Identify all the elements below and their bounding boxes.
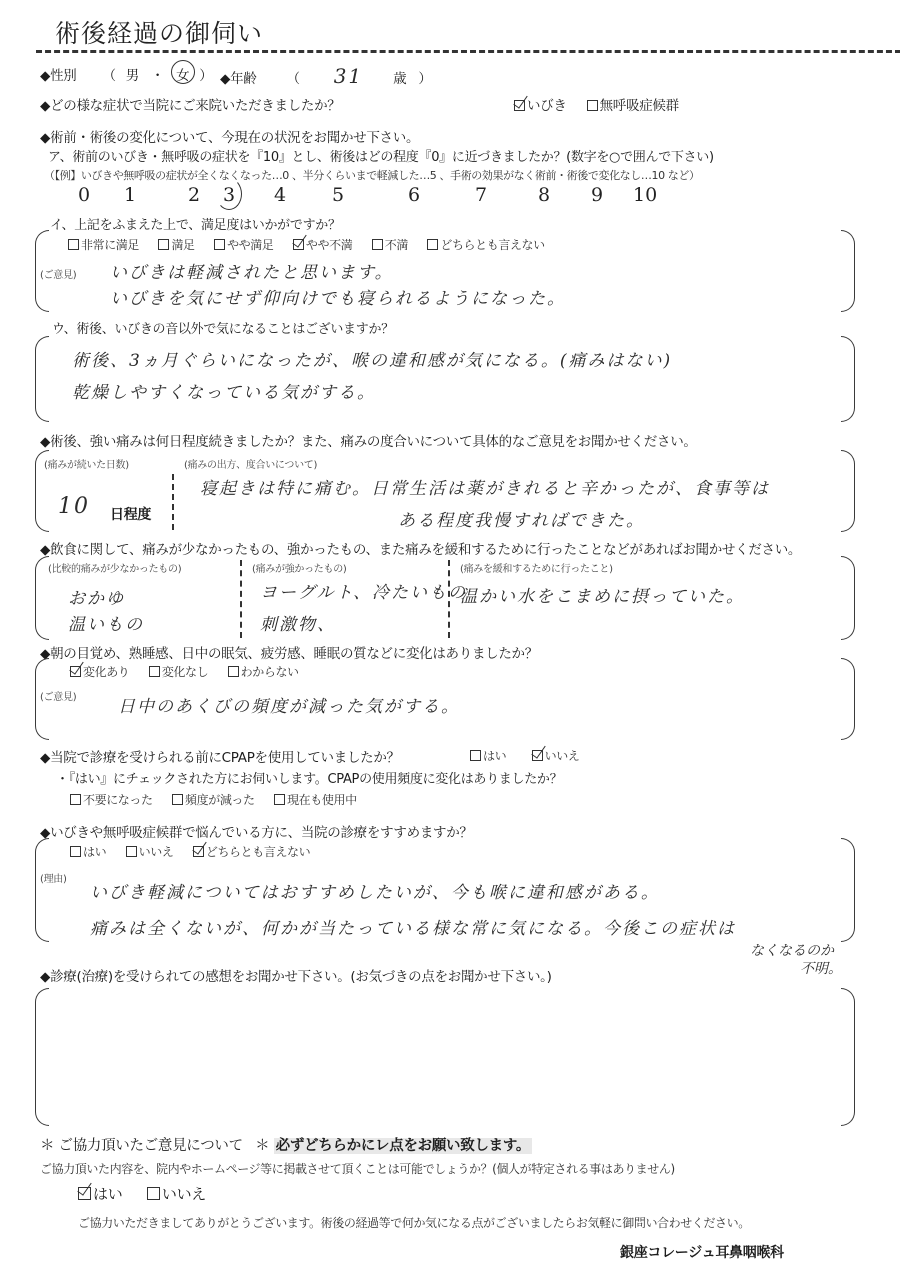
option-label: いいえ (545, 749, 580, 763)
scale-8[interactable]: 8 (538, 184, 550, 206)
scale-7[interactable]: 7 (475, 184, 487, 206)
checkbox-recommend-neither[interactable]: どちらとも言えない (193, 843, 310, 860)
selected-circle (171, 60, 195, 84)
option-label: やや満足 (227, 238, 273, 252)
checkbox-icon (228, 666, 239, 677)
change-heading: ◆術前・術後の変化について、今現在の状況をお聞かせ下さい。 (40, 126, 419, 146)
gender-option-female[interactable]: 女 (176, 64, 189, 84)
scale-2[interactable]: 2 (188, 184, 200, 206)
scale-9[interactable]: 9 (591, 184, 603, 206)
recommend-reason-label: (理由) (40, 870, 67, 885)
impression-question: ◆診療(治療)を受けられての感想をお聞かせ下さい。(お気づきの点をお聞かせ下さい… (40, 965, 552, 985)
satisfaction-comment-line-2[interactable]: いびきを気にせず仰向けでも寝られるようになった。 (110, 284, 566, 309)
diet-less-label: (比較的痛みが少なかったもの) (48, 560, 181, 575)
option-label: はい (483, 749, 506, 763)
age-unit: 歳 (393, 71, 406, 87)
checkbox-icon (158, 239, 169, 250)
recommend-options: はい いいえ どちらとも言えない (70, 843, 326, 860)
checkbox-less-frequent[interactable]: 頻度が減った (172, 791, 255, 808)
diet-divider-1 (240, 560, 242, 638)
checkbox-satisfied[interactable]: 満足 (158, 236, 194, 253)
checkbox-neither[interactable]: どちらとも言えない (427, 236, 544, 253)
other-concerns-line-2[interactable]: 乾燥しやすくなっている気がする。 (72, 378, 376, 403)
checkbox-changed[interactable]: 変化あり (70, 663, 129, 680)
bracket-left (35, 988, 49, 1126)
checkbox-recommend-no[interactable]: いいえ (126, 843, 174, 860)
checkbox-unsatisfied[interactable]: 不満 (372, 236, 408, 253)
option-label: 変化あり (83, 665, 129, 679)
pain-days-unit: 日程度 (110, 504, 151, 524)
checkbox-icon (68, 239, 79, 250)
checkbox-icon (427, 239, 438, 250)
age-value[interactable]: 31 (334, 64, 363, 88)
option-label: はい (83, 845, 106, 859)
consent-heading: ＊ ご協力頂いたご意見について ＊ 必ずどちらかにレ点をお願い致します。 (40, 1134, 532, 1155)
checkbox-no-change[interactable]: 変化なし (149, 663, 208, 680)
option-label: 現在も使用中 (287, 793, 357, 807)
diet-less-line-1[interactable]: おかゆ (68, 584, 125, 609)
diet-relief-label: (痛みを緩和するために行ったこと) (460, 560, 613, 575)
sleep-comment-label: (ご意見) (40, 688, 76, 703)
gender-label: ◆性別 (40, 68, 76, 84)
diet-question: ◆飲食に関して、痛みが少なかったもの、強かったもの、また痛みを緩和するために行っ… (40, 538, 801, 558)
scale-row: 0 1 2 3 4 5 6 7 8 9 10 (78, 184, 678, 210)
option-label: やや不満 (306, 238, 352, 252)
recommend-reason-line-4[interactable]: 不明。 (800, 958, 842, 978)
checkbox-still-using[interactable]: 現在も使用中 (274, 791, 357, 808)
thanks-message: ご協力いただきましてありがとうございます。術後の経過等で何か気になる点がございま… (78, 1214, 750, 1231)
scale-4[interactable]: 4 (274, 184, 286, 206)
bracket-right (841, 336, 855, 422)
checkbox-icon (147, 1187, 160, 1200)
pain-question: ◆術後、強い痛みは何日程度続きましたか？また、痛みの度合いについて具体的なご意見… (40, 430, 697, 450)
bracket-left (35, 336, 49, 422)
other-concerns-question: ウ、術後、いびきの音以外で気になることはございますか？ (52, 318, 394, 337)
checkbox-icon (126, 846, 137, 857)
gender-option-male[interactable]: 男 (126, 68, 139, 84)
checkbox-checked-icon (193, 846, 204, 857)
checkbox-recommend-yes[interactable]: はい (70, 843, 106, 860)
scale-selected-circle (216, 178, 242, 210)
consent-heading-bold: 必ずどちらかにレ点をお願い致します。 (274, 1138, 532, 1154)
consent-heading-a: ＊ ご協力頂いたご意見について (40, 1138, 243, 1154)
checkbox-icon (587, 100, 598, 111)
checkbox-cpap-yes[interactable]: はい (470, 747, 506, 764)
pain-divider (172, 474, 174, 530)
checkbox-icon (70, 846, 81, 857)
option-label: 変化なし (162, 665, 208, 679)
title-divider (36, 50, 900, 53)
satisfaction-options: 非常に満足 満足 やや満足 やや不満 不満 どちらとも言えない (68, 236, 561, 253)
option-label: 無呼吸症候群 (600, 98, 679, 114)
checkbox-consent-no[interactable]: いいえ (147, 1183, 206, 1204)
scale-0[interactable]: 0 (78, 184, 90, 206)
option-label: 頻度が減った (185, 793, 255, 807)
scale-10[interactable]: 10 (633, 184, 657, 206)
checkbox-checked-icon (532, 750, 543, 761)
checkbox-icon (70, 794, 81, 805)
option-label: いいえ (139, 845, 174, 859)
comment-label: (ご意見) (40, 266, 76, 281)
recommend-reason-line-1[interactable]: いびき軽減についてはおすすめしたいが、今も喉に違和感がある。 (90, 878, 660, 903)
consent-heading-b: ＊ (255, 1138, 269, 1154)
scale-6[interactable]: 6 (408, 184, 420, 206)
age-open: （ (286, 71, 299, 87)
sleep-comment[interactable]: 日中のあくびの頻度が減った気がする。 (118, 692, 460, 717)
checkbox-very-satisfied[interactable]: 非常に満足 (68, 236, 139, 253)
checkbox-icon (274, 794, 285, 805)
change-example: （【例】いびきや無呼吸の症状が全くなくなった…0 、半分くらいまで軽減した…5 … (44, 167, 700, 183)
checkbox-apnea[interactable]: 無呼吸症候群 (587, 94, 679, 114)
age-label: ◆年齢 (220, 71, 256, 87)
change-question-a: ア、術前のいびき・無呼吸の症状を『10』とし、術後はどの程度『0』に近づきました… (48, 146, 714, 165)
bracket-right (841, 450, 855, 532)
checkbox-checked-icon (293, 239, 304, 250)
scale-1[interactable]: 1 (124, 184, 136, 206)
checkbox-no-longer-needed[interactable]: 不要になった (70, 791, 153, 808)
gender-close: ） (199, 68, 212, 84)
option-label: 満足 (171, 238, 194, 252)
pain-degree-label: (痛みの出方、度合いについて) (184, 456, 317, 471)
checkbox-cpap-no[interactable]: いいえ (532, 747, 580, 764)
pain-days-value[interactable]: 10 (58, 494, 90, 519)
checkbox-unknown[interactable]: わからない (228, 663, 299, 680)
bracket-right (841, 838, 855, 942)
option-label: いいえ (162, 1185, 206, 1203)
checkbox-ibiki[interactable]: いびき (514, 94, 567, 114)
diet-relief-line-1[interactable]: 温かい水をこまめに摂っていた。 (460, 582, 745, 607)
cpap-question: ◆当院で診療を受けられる前にCPAPを使用していましたか？ (40, 746, 400, 766)
page-title: 術後経過の御伺い (55, 14, 263, 50)
scale-5[interactable]: 5 (332, 184, 344, 206)
age-close: ） (418, 71, 431, 87)
bracket-right (841, 988, 855, 1126)
checkbox-icon (214, 239, 225, 250)
checkbox-icon (372, 239, 383, 250)
option-label: 不満 (385, 238, 408, 252)
bracket-right (841, 556, 855, 640)
gender-dot: ・ (151, 68, 164, 84)
sleep-options: 変化あり 変化なし わからない (70, 663, 315, 680)
pain-degree-line-1[interactable]: 寝起きは特に痛む。日常生活は薬がきれると辛かったが、食事等は (200, 474, 770, 499)
bracket-right (841, 658, 855, 740)
consent-options: はい いいえ (78, 1183, 222, 1204)
impression-textarea[interactable] (35, 988, 855, 1126)
pain-degree-line-2[interactable]: ある程度我慢すればできた。 (398, 506, 645, 531)
other-concerns-line-1[interactable]: 術後、3ヵ月ぐらいになったが、喉の違和感が気になる。(痛みはない) (72, 346, 672, 371)
option-label: わからない (241, 665, 299, 679)
option-label: どちらとも言えない (206, 845, 310, 859)
cpap-followup: ・『はい』にチェックされた方にお伺いします。CPAPの使用頻度に変化はありました… (56, 768, 562, 787)
gender-row: ◆性別 （ 男 ・ 女 ） (40, 64, 213, 84)
option-label: いびき (527, 98, 567, 114)
cpap-followup-options: 不要になった 頻度が減った 現在も使用中 (70, 791, 373, 808)
checkbox-checked-icon (70, 666, 81, 677)
checkbox-icon (172, 794, 183, 805)
diet-strong-label: (痛みが強かったもの) (252, 560, 347, 575)
bracket-left (35, 556, 49, 640)
checkbox-icon (149, 666, 160, 677)
diet-less-line-2[interactable]: 温いもの (68, 610, 144, 635)
diet-strong-line-2[interactable]: 刺激物、 (260, 610, 336, 635)
gender-open: （ (102, 68, 115, 84)
pain-days-label: (痛みが続いた日数) (44, 456, 129, 471)
cpap-options: はい いいえ (470, 747, 595, 764)
checkbox-somewhat-satisfied[interactable]: やや満足 (214, 236, 273, 253)
bracket-right (841, 230, 855, 312)
recommend-reason-line-3[interactable]: なくなるのか (750, 940, 834, 960)
checkbox-somewhat-unsatisfied[interactable]: やや不満 (293, 236, 352, 253)
checkbox-consent-yes[interactable]: はい (78, 1183, 122, 1204)
option-label: 非常に満足 (81, 238, 139, 252)
checkbox-checked-icon (514, 100, 525, 111)
age-row: ◆年齢 （ 31 歳 ） (220, 64, 432, 88)
checkbox-icon (470, 750, 481, 761)
option-label: はい (93, 1185, 122, 1203)
symptom-options: いびき 無呼吸症候群 (514, 94, 695, 114)
satisfaction-comment-line-1[interactable]: いびきは軽減されたと思います。 (110, 258, 394, 283)
option-label: 不要になった (83, 793, 153, 807)
symptom-question: ◆どの様な症状で当院にご来院いただきましたか？ (40, 94, 340, 114)
consent-question: ご協力頂いた内容を、院内やホームページ等に掲載させて頂くことは可能でしょうか？(… (40, 1160, 675, 1177)
option-label: どちらとも言えない (440, 238, 544, 252)
recommend-reason-line-2[interactable]: 痛みは全くないが、何かが当たっている様な常に気になる。今後この症状は (90, 914, 736, 939)
bracket-left (35, 838, 49, 942)
diet-strong-line-1[interactable]: ヨーグルト、冷たいもの (260, 578, 467, 603)
clinic-name: 銀座コレージュ耳鼻咽喉科 (620, 1242, 784, 1262)
checkbox-checked-icon (78, 1187, 91, 1200)
